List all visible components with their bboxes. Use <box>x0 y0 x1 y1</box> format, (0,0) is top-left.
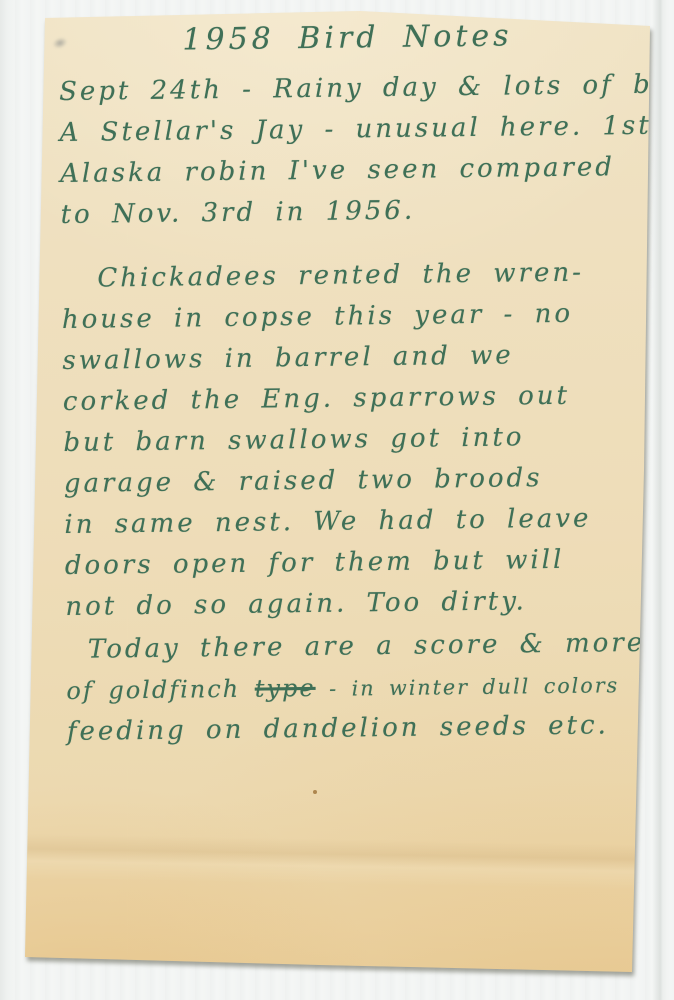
paper-shadow: 1958 Bird Notes Sept 24th - Rainy day & … <box>0 0 674 1000</box>
paragraph-3: Today there are a score & more of goldfi… <box>66 623 645 753</box>
handwritten-line: Today there are a score & more <box>66 623 644 671</box>
handwritten-line: to Nov. 3rd in 1956. <box>60 188 638 236</box>
handwritten-line: A Stellar's Jay - unusual here. 1st <box>59 106 637 154</box>
line-segment: of goldfinch <box>66 675 255 705</box>
scan-background: 1958 Bird Notes Sept 24th - Rainy day & … <box>0 0 674 1000</box>
handwritten-line: swallows in barrel and we <box>62 334 640 382</box>
handwritten-line: not do so again. Too dirty. <box>65 580 643 628</box>
handwritten-line: doors open for them but will <box>65 539 643 587</box>
handwritten-line: Sept 24th - Rainy day & lots of birds <box>59 65 637 113</box>
paragraph-1: Sept 24th - Rainy day & lots of birds A … <box>59 65 639 236</box>
paragraph-2: Chickadees rented the wren- house in cop… <box>61 252 643 628</box>
note-paper: 1958 Bird Notes Sept 24th - Rainy day & … <box>0 0 674 1000</box>
handwritten-line: of goldfinch type - in winter dull color… <box>66 664 644 712</box>
handwritten-line: corked the Eng. sparrows out <box>63 375 641 423</box>
handwritten-line: house in copse this year - no <box>62 293 640 341</box>
handwritten-line: Chickadees rented the wren- <box>61 252 639 300</box>
handwritten-note: 1958 Bird Notes Sept 24th - Rainy day & … <box>58 0 645 753</box>
handwritten-line: but barn swallows got into <box>63 416 641 464</box>
handwritten-line: Alaska robin I've seen compared <box>60 147 638 195</box>
note-title: 1958 Bird Notes <box>58 13 636 64</box>
strikethrough-word: type <box>255 674 316 703</box>
line-segment: - in winter dull colors <box>315 673 619 701</box>
paper-speck <box>313 790 317 794</box>
handwritten-line: feeding on dandelion seeds etc. <box>67 705 645 753</box>
handwritten-line: in same nest. We had to leave <box>64 498 642 546</box>
handwritten-line: garage & raised two broods <box>64 457 642 505</box>
